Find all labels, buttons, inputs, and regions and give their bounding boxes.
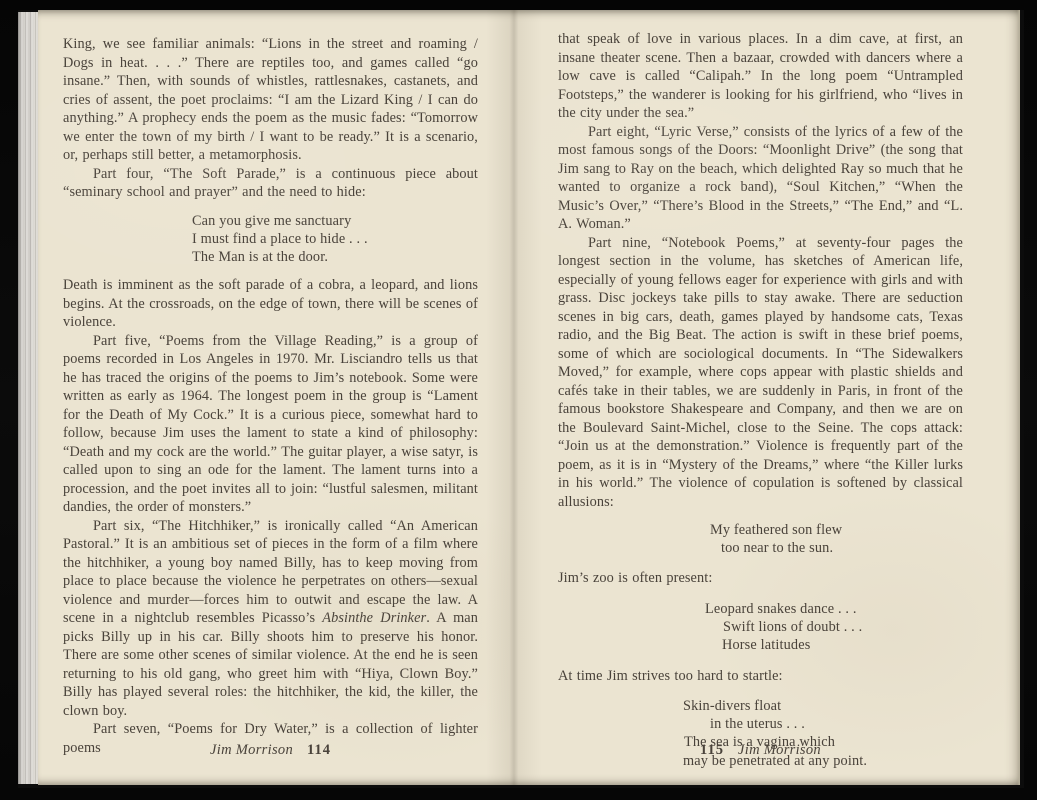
body-paragraph: that speak of love in various places. In… xyxy=(558,30,963,123)
body-paragraph: King, we see familiar animals: “Lions in… xyxy=(63,35,478,165)
page-number: 115 xyxy=(700,742,724,758)
running-book-title: Jim Morrison xyxy=(210,742,293,758)
left-page: King, we see familiar animals: “Lions in… xyxy=(38,10,512,785)
paragraph-text: . A man picks Billy up in his car. Billy… xyxy=(63,610,478,719)
open-pages: King, we see familiar animals: “Lions in… xyxy=(38,10,1020,785)
page-number: 114 xyxy=(307,742,331,758)
page-edge-stack xyxy=(18,12,38,784)
poem-line: Swift lions of doubt . . . xyxy=(723,618,963,636)
poem-zoo: Leopard snakes dance . . . Swift lions o… xyxy=(558,600,963,655)
poem-line: too near to the sun. xyxy=(721,539,963,557)
poem-line: Can you give me sanctuary xyxy=(192,212,478,230)
page-footer: 115Jim Morrison xyxy=(512,741,1020,760)
body-paragraph: Death is imminent as the soft parade of … xyxy=(63,276,478,332)
right-page: that speak of love in various places. In… xyxy=(512,10,1020,785)
body-paragraph: Part five, “Poems from the Village Readi… xyxy=(63,332,478,517)
poem-line: in the uterus . . . xyxy=(710,715,963,733)
body-paragraph-hitchhiker: Part six, “The Hitchhiker,” is ironicall… xyxy=(63,517,478,721)
poem-sanctuary: Can you give me sanctuary I must find a … xyxy=(63,212,478,267)
body-paragraph: At time Jim strives too hard to startle: xyxy=(558,667,963,686)
poem-line: The Man is at the door. xyxy=(192,248,478,266)
running-book-title: Jim Morrison xyxy=(738,742,821,758)
poem-line: Skin-divers float xyxy=(683,697,963,715)
photo-background: King, we see familiar animals: “Lions in… xyxy=(0,0,1037,800)
body-paragraph: Part nine, “Notebook Poems,” at seventy-… xyxy=(558,234,963,512)
poem-line: Leopard snakes dance . . . xyxy=(705,600,963,618)
book-spread: King, we see familiar animals: “Lions in… xyxy=(18,10,1024,788)
body-paragraph: Jim’s zoo is often present: xyxy=(558,569,963,588)
poem-classical-allusion: My feathered son flew too near to the su… xyxy=(558,521,963,557)
body-paragraph: Part four, “The Soft Parade,” is a conti… xyxy=(63,165,478,202)
italic-work-title: Absinthe Drinker xyxy=(322,610,426,626)
body-paragraph: Part eight, “Lyric Verse,” consists of t… xyxy=(558,123,963,234)
poem-line: Horse latitudes xyxy=(722,636,963,654)
poem-line: I must find a place to hide . . . xyxy=(192,230,478,248)
poem-line: My feathered son flew xyxy=(710,521,963,539)
page-footer: Jim Morrison114 xyxy=(38,741,512,760)
